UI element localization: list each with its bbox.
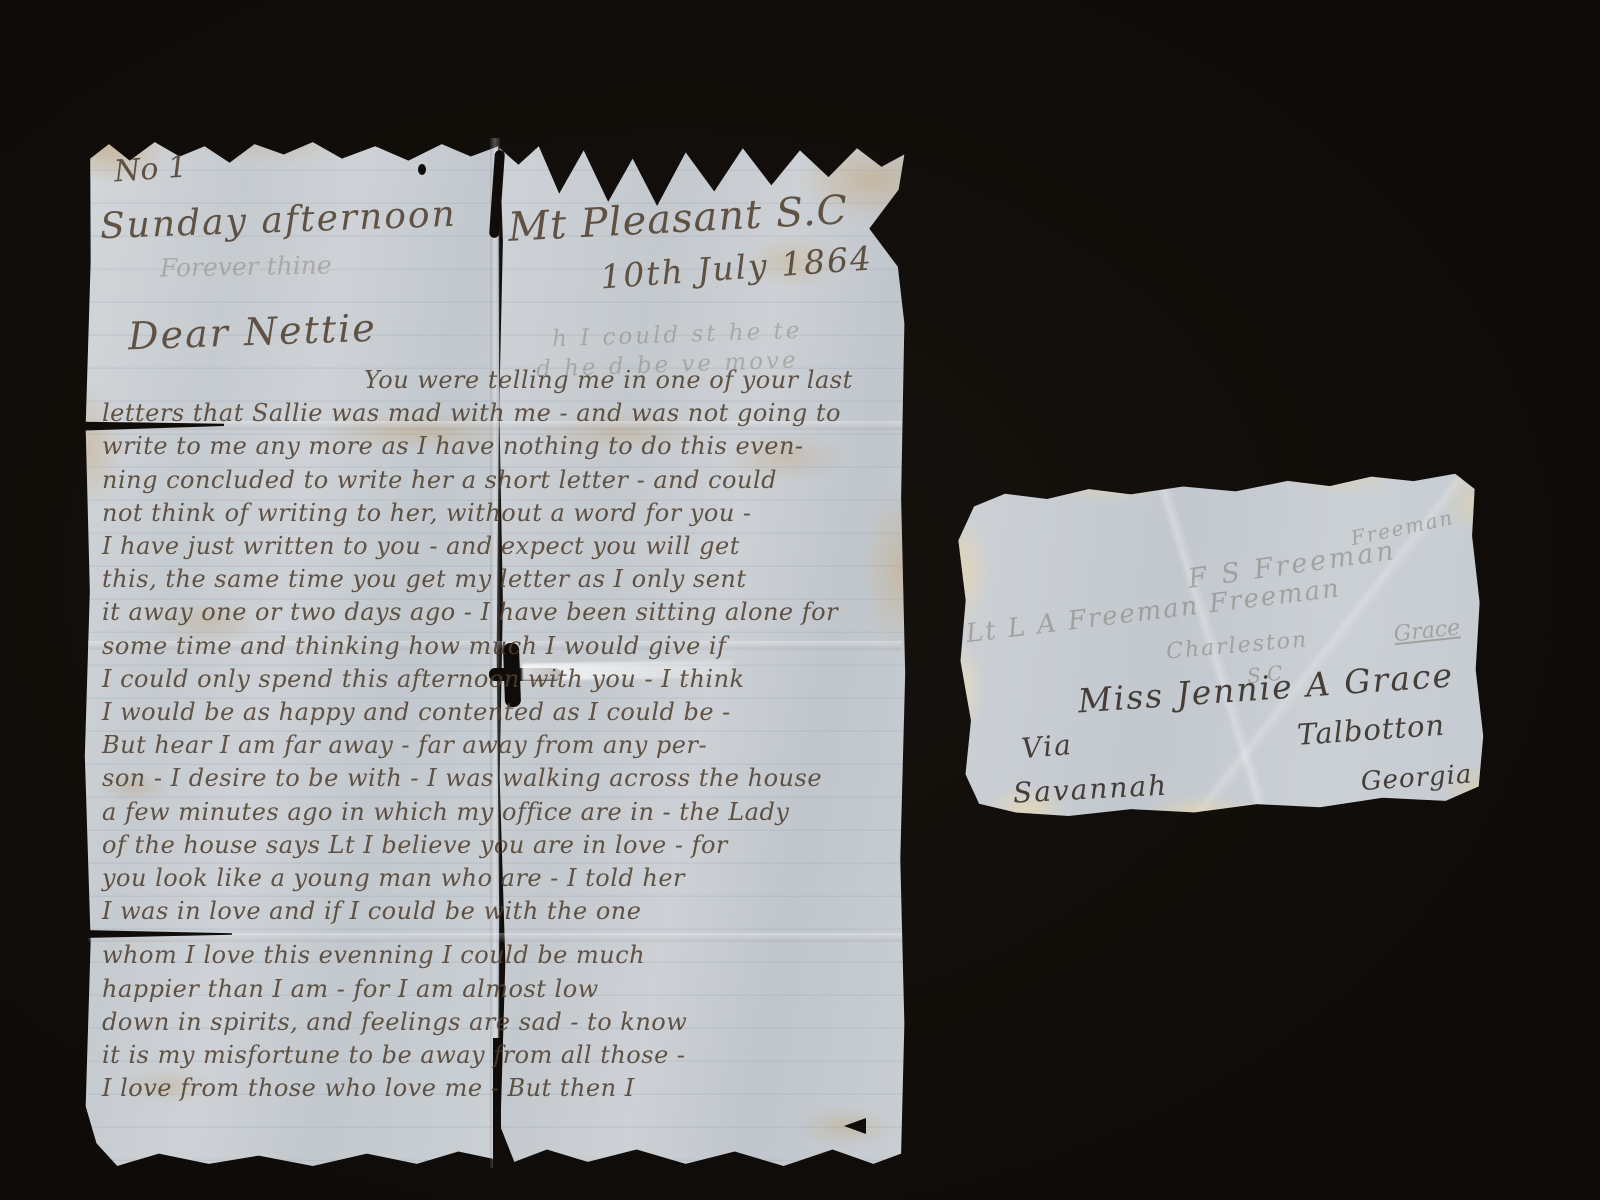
pencil-city: Charleston: [1165, 627, 1309, 664]
manuscript-line: I was in love and if I could be with the…: [102, 895, 894, 928]
tear-hole: [418, 164, 426, 175]
salutation: Dear Nettie: [127, 306, 377, 359]
manuscript-line: I could only spend this afternoon with y…: [102, 663, 894, 696]
manuscript-line: letters that Sallie was mad with me - an…: [102, 397, 894, 430]
manuscript-line: it away one or two days ago - I have bee…: [102, 596, 894, 629]
envelope-via: Via: [1020, 728, 1074, 765]
photo-backdrop: No 1 Sunday afternoon Forever thine Mt P…: [0, 0, 1600, 1200]
envelope-route: Savannah: [1012, 769, 1169, 810]
manuscript-line: But hear I am far away - far away from a…: [102, 729, 894, 762]
manuscript-line: you look like a young man who are - I to…: [102, 862, 894, 895]
faded-ghost-line: Forever thine: [160, 251, 332, 283]
manuscript-line: son - I desire to be with - I was walkin…: [102, 762, 894, 795]
manuscript-line: I have just written to you - and expect …: [102, 530, 894, 563]
pencil-recipient-surname: Grace: [1393, 615, 1462, 647]
manuscript-line: of the house says Lt I believe you are i…: [102, 829, 894, 862]
envelope: Freeman F S Freeman Lt L A Freeman Freem…: [952, 469, 1487, 821]
letter-sheet: No 1 Sunday afternoon Forever thine Mt P…: [84, 138, 906, 1168]
manuscript-line: write to me any more as I have nothing t…: [102, 430, 894, 463]
page-number: No 1: [113, 149, 188, 189]
manuscript-line: happier than I am - for I am almost low: [102, 973, 894, 1006]
manuscript-line: ning concluded to write her a short lett…: [102, 464, 894, 497]
manuscript-line: whom I love this evenning I could be muc…: [102, 939, 894, 972]
envelope-town: Talbotton: [1296, 708, 1446, 752]
manuscript-line: not think of writing to her, without a w…: [102, 497, 894, 530]
manuscript-line: some time and thinking how much I would …: [102, 630, 894, 663]
manuscript-line: You were telling me in one of your last: [102, 364, 894, 397]
manuscript-line: a few minutes ago in which my office are…: [102, 796, 894, 829]
letter-body: You were telling me in one of your last …: [102, 364, 894, 1105]
manuscript-line: this, the same time you get my letter as…: [102, 563, 894, 596]
envelope-state: Georgia: [1360, 759, 1474, 797]
manuscript-line: down in spirits, and feelings are sad - …: [102, 1006, 894, 1039]
manuscript-line: I love from those who love me - But then…: [102, 1072, 894, 1105]
manuscript-line: I would be as happy and contented as I c…: [102, 696, 894, 729]
manuscript-line: it is my misfortune to be away from all …: [102, 1039, 894, 1072]
